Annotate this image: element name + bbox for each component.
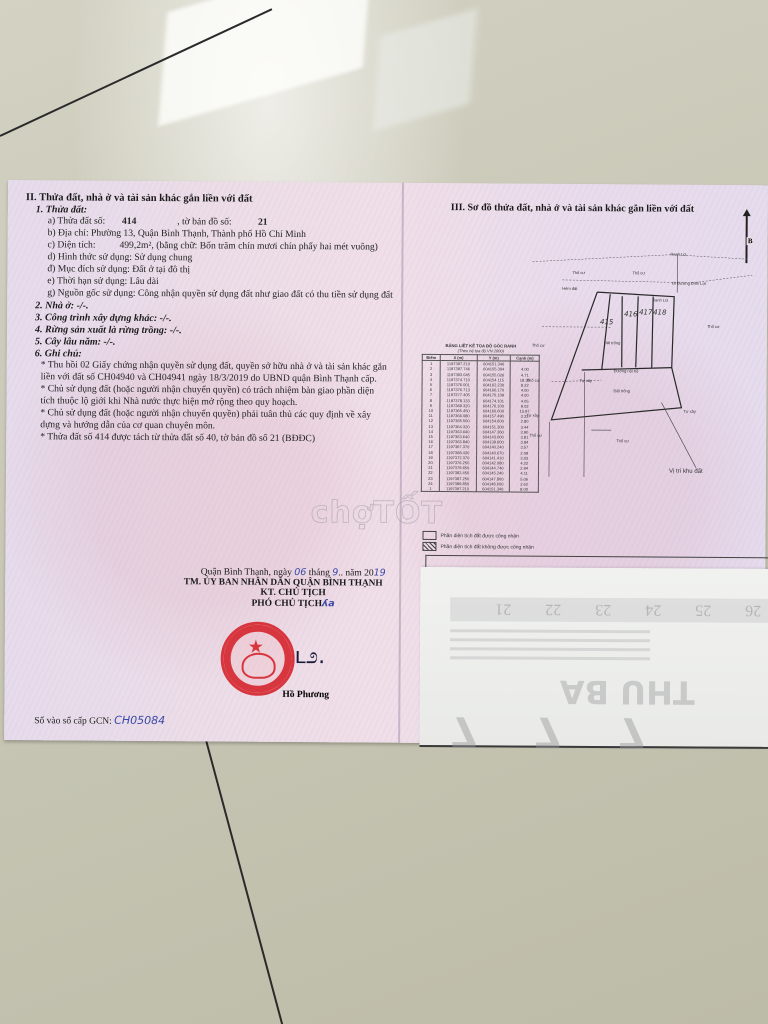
- road-name-label: Đi Đường Đinh Lợi: [672, 281, 706, 286]
- ghost-text-lines: [450, 629, 650, 666]
- area-value: 499,2m², (bằng chữ: Bốn trăm chín mươi c…: [119, 240, 377, 253]
- handwritten-signature: ʟ೨.: [295, 644, 326, 669]
- note-item: * Chủ sử dụng đất (hoặc người nhận chuyể…: [40, 383, 390, 409]
- parcel-418-label: 418: [653, 309, 667, 317]
- tile-seam: [205, 740, 285, 1024]
- table-cell: 604151.340: [476, 486, 510, 492]
- chotot-watermark: chợTỐT: [311, 495, 443, 531]
- map-sheet-number: 21: [258, 217, 268, 228]
- hem-dat-label: Hẻm đất: [562, 286, 578, 291]
- page-fold: [398, 183, 404, 743]
- emblem-icon: [242, 653, 276, 679]
- note-item: * Chủ sử dụng đất (hoặc người nhận chuyể…: [40, 407, 390, 433]
- ghost-number-strip: 21 22 23 24 25 26: [450, 597, 768, 623]
- map-sheet-label: , tờ bản đồ số:: [177, 216, 231, 227]
- neighbor-label: Thổ cư: [529, 433, 542, 438]
- registry-label: Số vào sổ cấp GCN:: [34, 716, 112, 727]
- note-item: * Thửa đất số 414 được tách từ thửa đất …: [40, 431, 390, 445]
- signature-block: Quận Bình Thạnh, ngày 06 tháng 9.. năm 2…: [193, 566, 393, 609]
- legend-item: Phần diện tích đất không được công nhận: [422, 542, 533, 552]
- ranh-lg-label: Ranh LG: [670, 252, 686, 257]
- wall-label: Tự xây: [526, 413, 539, 418]
- neighbor-label: Thổ cư: [532, 343, 545, 348]
- parcel-416-label: 416: [624, 310, 638, 318]
- legend-hatch-swatch: [422, 542, 436, 551]
- dat-trong-label: Đất trống: [604, 340, 620, 345]
- table-cell: 1: [421, 486, 439, 492]
- usage-origin-line: g) Nguồn gốc sử dụng: Công nhận quyền sử…: [47, 287, 395, 301]
- parcel-number-label: a) Thửa đất số:: [48, 215, 106, 226]
- neighbor-label: Thổ cư: [632, 270, 645, 275]
- parcel-417-label: 417: [639, 308, 653, 316]
- sunlight-patch: [158, 0, 371, 126]
- left-page: II. Thửa đất, nhà ở và tài sản khác gắn …: [22, 180, 396, 743]
- road-strip-label: Đường nội bộ: [614, 368, 639, 373]
- map-legend: Phần diện tích đất được công nhận Phần d…: [422, 531, 534, 554]
- parcel-number: 414: [122, 216, 136, 227]
- wall-label: Tự xây: [580, 378, 593, 383]
- covering-paper-slip: 21 22 23 24 25 26 THU BA 7 7 7: [420, 567, 768, 749]
- issue-month: 9: [332, 567, 338, 578]
- table-cell: 1197397.210: [439, 486, 476, 492]
- parcel-415-label: 415: [600, 318, 614, 326]
- issue-day: 06: [294, 567, 306, 578]
- north-label: B: [747, 237, 754, 245]
- registry-number-line: Số vào sổ cấp GCN: CH05084: [34, 713, 165, 727]
- legend-empty-swatch: [422, 531, 436, 540]
- legend-item: Phần diện tích đất được công nhận: [422, 531, 533, 541]
- neighbor-label: Thổ cư: [572, 270, 585, 275]
- neighbor-label: Thổ cư: [527, 378, 540, 383]
- neighbor-label: Thổ cư: [616, 438, 629, 443]
- sunlight-reflection: [373, 9, 477, 132]
- table-cell: 8.00: [510, 487, 539, 493]
- section-iii-title: III. Sơ đồ thửa đất, nhà ở và tài sản kh…: [451, 202, 694, 215]
- initials: ʎa: [322, 598, 335, 609]
- official-seal: ★: [220, 621, 295, 696]
- ghost-large-glyphs: 7 7 7: [449, 707, 666, 757]
- issue-year: 19: [374, 568, 386, 579]
- dat-trong-label: Đất trống: [614, 388, 630, 393]
- location-marker-label: Vị trí khu đất: [669, 469, 703, 475]
- parcel-map: Ranh LG Đi Đường Đinh Lợi Hẻm đất Ranh L…: [521, 252, 768, 479]
- ghost-show-through-text: THU BA: [560, 673, 695, 712]
- signer-name: Hồ Phương: [282, 690, 329, 700]
- neighbor-label: Thổ cư: [707, 324, 720, 329]
- signer-title: PHÓ CHỦ TỊCHʎa: [193, 597, 393, 609]
- registry-number: CH05084: [114, 714, 165, 727]
- wall-label: Tự xây: [683, 409, 696, 414]
- ranh-lg-mid-label: Ranh LG: [652, 298, 668, 303]
- table-row: 11197397.210604151.3408.00: [421, 486, 538, 493]
- area-label: c) Diện tích:: [48, 239, 96, 250]
- note-item: * Thu hồi 02 Giấy chứng nhận quyền sử dụ…: [41, 359, 391, 385]
